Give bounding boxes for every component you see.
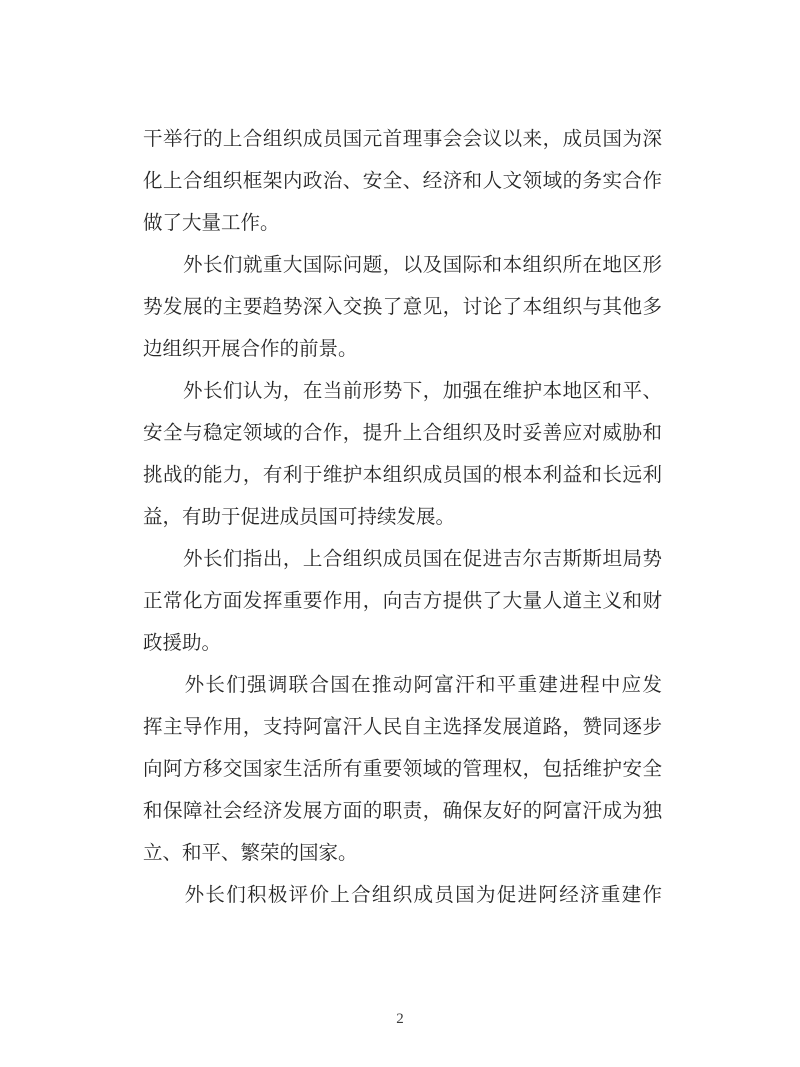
document-body: 干举行的上合组织成员国元首理事会会议以来，成员国为深化上合组织框架内政治、安全、… <box>143 119 662 917</box>
document-page: 干举行的上合组织成员国元首理事会会议以来，成员国为深化上合组织框架内政治、安全、… <box>0 0 800 1067</box>
text-line: 外长们强调联合国在推动阿富汗和平重建进程中应发 <box>143 665 662 707</box>
paragraph: 外长们就重大国际问题，以及国际和本组织所在地区形势发展的主要趋势深入交换了意见，… <box>143 245 662 371</box>
paragraph: 外长们认为，在当前形势下，加强在维护本地区和平、安全与稳定领域的合作，提升上合组… <box>143 371 662 539</box>
text-line: 政援助。 <box>143 623 662 665</box>
paragraph: 干举行的上合组织成员国元首理事会会议以来，成员国为深化上合组织框架内政治、安全、… <box>143 119 662 245</box>
text-line: 安全与稳定领域的合作，提升上合组织及时妥善应对威胁和 <box>143 413 662 455</box>
page-number: 2 <box>0 1008 800 1030</box>
text-line: 益，有助于促进成员国可持续发展。 <box>143 497 662 539</box>
text-line: 外长们就重大国际问题，以及国际和本组织所在地区形 <box>143 245 662 287</box>
paragraph: 外长们积极评价上合组织成员国为促进阿经济重建作 <box>143 875 662 917</box>
text-line: 挑战的能力，有利于维护本组织成员国的根本利益和长远利 <box>143 455 662 497</box>
text-line: 立、和平、繁荣的国家。 <box>143 833 662 875</box>
text-line: 外长们认为，在当前形势下，加强在维护本地区和平、 <box>143 371 662 413</box>
text-line: 挥主导作用，支持阿富汗人民自主选择发展道路，赞同逐步 <box>143 707 662 749</box>
text-line: 向阿方移交国家生活所有重要领域的管理权，包括维护安全 <box>143 749 662 791</box>
text-line: 边组织开展合作的前景。 <box>143 329 662 371</box>
text-line: 化上合组织框架内政治、安全、经济和人文领域的务实合作 <box>143 161 662 203</box>
text-line: 做了大量工作。 <box>143 203 662 245</box>
text-line: 正常化方面发挥重要作用，向吉方提供了大量人道主义和财 <box>143 581 662 623</box>
text-line: 外长们指出，上合组织成员国在促进吉尔吉斯斯坦局势 <box>143 539 662 581</box>
text-line: 和保障社会经济发展方面的职责，确保友好的阿富汗成为独 <box>143 791 662 833</box>
text-line: 干举行的上合组织成员国元首理事会会议以来，成员国为深 <box>143 119 662 161</box>
text-line: 外长们积极评价上合组织成员国为促进阿经济重建作 <box>143 875 662 917</box>
paragraph: 外长们强调联合国在推动阿富汗和平重建进程中应发挥主导作用，支持阿富汗人民自主选择… <box>143 665 662 875</box>
text-line: 势发展的主要趋势深入交换了意见，讨论了本组织与其他多 <box>143 287 662 329</box>
paragraph: 外长们指出，上合组织成员国在促进吉尔吉斯斯坦局势正常化方面发挥重要作用，向吉方提… <box>143 539 662 665</box>
